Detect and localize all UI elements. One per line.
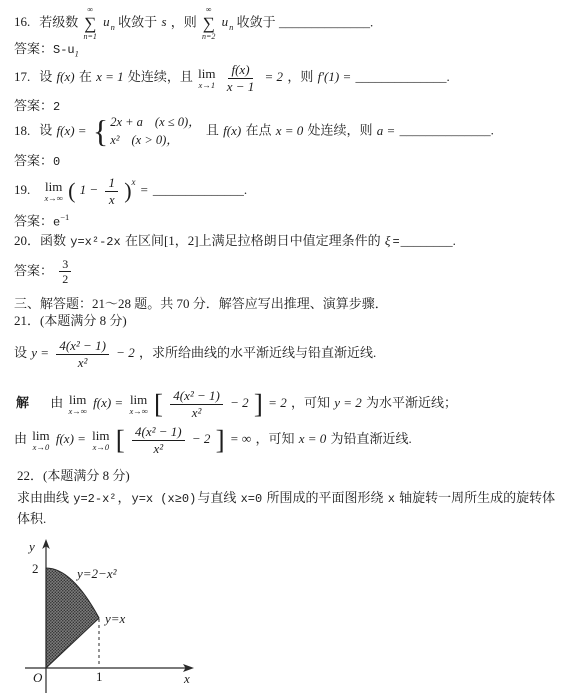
section-heading-text: 三、解答题：21～28 题。共 70 分．解答应写出推理、演算步骤． [14,296,388,311]
problem-22-heading: 22．(本题满分 8 分) [17,468,130,484]
answer-20: 答案： 32 [14,257,74,287]
piecewise-row: x²(x > 0)， [110,133,200,149]
lim-text: lim [130,393,147,406]
fraction-numerator: 4(x² − 1) [56,338,109,355]
lim-text: lim [198,67,215,80]
exponent: x [132,177,136,187]
piecewise-row: 2x + a(x ≤ 0)， [110,115,200,131]
math-expr: − 2 [192,431,211,446]
text: 由 [14,431,27,446]
figure-rotation-region: y 2 y=2−x² y=x O 1 x [20,536,220,699]
figure-origin-label: O [33,670,43,685]
math-var: x [388,492,395,506]
answer-19: 答案：e−1 [14,212,69,230]
limit-operator: limx→0 [92,429,109,452]
text: 在区间[1，2]上满足拉格朗日中值定理条件的 [125,233,381,248]
math-expr: y=2-x² [73,492,116,506]
text: 20．函数 [14,233,66,248]
text: 设 [39,123,52,138]
math-expr: = ∞ [230,431,251,446]
answer-label: 答案： [14,98,53,113]
text: . [244,182,247,197]
text: 收敛于 [237,14,276,29]
math-expr: y = 2 [334,395,362,410]
answer-value: S-u [53,43,75,57]
lim-under: x→1 [199,81,216,90]
fraction: f(x)x − 1 [224,62,258,94]
sum-lower-limit: n=2 [202,33,215,41]
piecewise-expr: x² [110,133,119,147]
fraction-denominator: x² [189,405,205,421]
sum-upper-limit: ∞ [206,6,212,14]
math-expr: f′(1) = [318,69,352,84]
piecewise-cond: (x > 0)， [131,133,178,147]
lim-text: lim [92,429,109,442]
text: 为铅直渐近线. [331,431,412,446]
sigma-icon: ∑ [84,14,96,33]
piecewise-rows: 2x + a(x ≤ 0)，x²(x > 0)， [110,115,200,148]
fraction-denominator: 2 [59,272,71,286]
lim-under: x→0 [93,443,110,452]
text: . [446,69,449,84]
exam-page: 16.若级数 ∞∑n=1 un 收敛于 s ，则 ∞∑n=2 un 收敛于 __… [0,0,563,699]
text: 在 [79,69,92,84]
math-expr: x = 1 [96,69,124,84]
fraction-denominator: x [106,192,118,208]
problem-17: 17.设 f(x) 在 x = 1 处连续，且 limx→1 f(x)x − 1… [14,62,450,94]
text: . [370,14,373,29]
math-expr: y=x (x≥0) [132,492,197,506]
problem-22-head-text: 22．(本题满分 8 分) [17,468,130,483]
math-expr: y = [31,345,49,360]
figure-y-tick-2: 2 [32,561,39,576]
text: ，可知 [291,395,330,410]
problem-16-number: 16. [14,14,30,29]
right-paren-icon: ) [124,178,131,203]
text: 处连续，则 [308,123,373,138]
text: 为水平渐近线； [366,395,457,410]
right-bracket-icon: ] [216,425,225,455]
sum-operator: ∞∑n=2 [202,6,215,41]
fraction: 4(x² − 1)x² [170,388,223,420]
text: 所围成的平面图形绕 [266,490,383,505]
text: 若级数 [39,14,78,29]
solution-line-1: 解 由 limx→∞ f(x) = limx→∞ [ 4(x² − 1)x² −… [16,388,457,420]
fraction-numerator: f(x) [228,62,252,79]
blank-line: ______________ [400,123,491,138]
text: ，则 [171,14,197,29]
math-expr: f(x) [57,69,75,84]
piecewise-expr: 2x + a [110,115,143,129]
problem-20: 20．函数 y=x²-2x 在区间[1，2]上满足拉格朗日中值定理条件的 ξ=_… [14,233,456,250]
math-expr: − 2 [116,345,135,360]
math-expr: f(x) = [56,431,86,446]
problem-21-heading: 21．(本题满分 8 分) [14,313,127,329]
answer-17: 答案：2 [14,98,60,115]
lim-text: lim [32,429,49,442]
answer-18: 答案：0 [14,153,60,170]
fraction: 1x [105,175,118,207]
fraction: 4(x² − 1)x² [56,338,109,370]
figure-y-axis-label: y [27,539,35,554]
fraction-denominator: x² [150,441,166,457]
fraction-numerator: 3 [59,257,71,272]
answer-value: 0 [53,155,60,169]
sum-lower-limit: n=1 [84,33,97,41]
math-expr: x = 0 [299,431,327,446]
lim-text: lim [69,393,86,406]
text: ，可知 [255,431,294,446]
lim-under: x→∞ [69,407,87,416]
figure-curve-label: y=2−x² [75,566,118,581]
figure-x-tick-1: 1 [96,669,103,684]
lim-under: x→∞ [129,407,147,416]
sum-upper-limit: ∞ [87,6,93,14]
math-expr: = [140,182,149,197]
limit-operator: limx→∞ [129,393,147,416]
text: 收敛于 [118,14,157,29]
math-expr: = 2 [268,395,287,410]
problem-22-body-line-1: 求由曲线 y=2-x²，y=x (x≥0)与直线 x=0 所围成的平面图形绕 x… [17,490,555,507]
math-var: ξ [385,233,391,248]
math-var: s [161,14,166,29]
text: 设 [39,69,52,84]
text: ， [117,490,130,505]
text: . [453,233,456,248]
answer-subscript: 1 [75,49,79,59]
figure-line-label: y=x [103,611,126,626]
problem-16: 16.若级数 ∞∑n=1 un 收敛于 s ，则 ∞∑n=2 un 收敛于 __… [14,6,373,41]
math-expr: = [392,235,399,249]
shaded-region [46,568,99,668]
lim-text: lim [45,180,62,193]
limit-operator: limx→0 [32,429,49,452]
math-expr: f(x) [223,123,241,138]
math-subscript: n [229,22,233,32]
blank-line: ______________ [153,182,244,197]
sum-operator: ∞∑n=1 [84,6,97,41]
answer-value: 2 [53,100,60,114]
problem-18-number: 18. [14,123,30,138]
text: 轴旋转一周所生成的旋转体 [399,490,555,505]
fraction-numerator: 4(x² − 1) [170,388,223,405]
text: 体积. [17,511,46,526]
text: 求由曲线 [17,490,69,505]
text: 在点 [245,123,271,138]
problem-19: 19. limx→∞ ( 1 − 1x )x = ______________. [14,175,247,207]
answer-label: 答案： [14,263,53,278]
text: 且 [206,123,219,138]
lim-under: x→0 [33,443,50,452]
left-bracket-icon: [ [154,389,163,419]
fraction-numerator: 4(x² − 1) [132,424,185,441]
fraction-denominator: x² [75,355,91,371]
limit-operator: limx→1 [198,67,215,90]
solution-label: 解 [16,395,29,410]
text: 设 [14,345,27,360]
answer-label: 答案： [14,213,53,228]
blank-line: ______________ [355,69,446,84]
math-expr: − 2 [230,395,249,410]
math-expr: a = [377,123,396,138]
lim-under: x→∞ [45,194,63,203]
answer-superscript: −1 [60,212,69,222]
problem-18: 18.设 f(x) = {2x + a(x ≤ 0)，x²(x > 0)， 且 … [14,115,494,148]
math-expr: x=0 [241,492,263,506]
problem-19-number: 19. [14,182,30,197]
fraction: 4(x² − 1)x² [132,424,185,456]
problem-21-head-text: 21．(本题满分 8 分) [14,313,127,328]
text: ，则 [287,69,313,84]
answer-fraction: 32 [59,257,71,287]
math-subscript: n [111,22,115,32]
problem-17-number: 17. [14,69,30,84]
sigma-icon: ∑ [203,14,215,33]
math-expr: y=x²-2x [70,235,120,249]
left-bracket-icon: [ [116,425,125,455]
section-heading: 三、解答题：21～28 题。共 70 分．解答应写出推理、演算步骤． [14,296,388,312]
problem-22-body-line-2: 体积. [17,511,46,527]
answer-label: 答案： [14,41,53,56]
figure-x-axis-label: x [183,671,190,686]
text: 由 [50,395,63,410]
fraction-numerator: 1 [105,175,118,192]
text: ，求所给曲线的水平渐近线与铅直渐近线. [139,345,376,360]
right-bracket-icon: ] [254,389,263,419]
limit-operator: limx→∞ [69,393,87,416]
problem-21-body: 设 y = 4(x² − 1)x² − 2 ，求所给曲线的水平渐近线与铅直渐近线… [14,338,376,370]
brace-icon: { [93,118,108,145]
answer-label: 答案： [14,153,53,168]
blank-line: ________ [401,233,453,248]
blank-line: ______________ [279,14,370,29]
text: 处连续，且 [128,69,193,84]
piecewise-function: {2x + a(x ≤ 0)，x²(x > 0)， [93,115,201,148]
answer-16: 答案：S-u1 [14,41,79,59]
left-paren-icon: ( [68,178,75,203]
text: 与直线 [197,490,236,505]
math-expr: x = 0 [276,123,304,138]
math-var: u [222,14,229,29]
math-var: u [103,14,110,29]
piecewise-cond: (x ≤ 0)， [155,115,201,129]
fraction-denominator: x − 1 [224,79,258,95]
math-expr: 1 − [80,182,99,197]
math-expr: = 2 [265,69,284,84]
text: . [491,123,494,138]
math-expr: f(x) = [57,123,87,138]
solution-line-2: 由 limx→0 f(x) = limx→0 [ 4(x² − 1)x² − 2… [14,424,412,456]
math-expr: f(x) = [93,395,123,410]
limit-operator: limx→∞ [45,180,63,203]
